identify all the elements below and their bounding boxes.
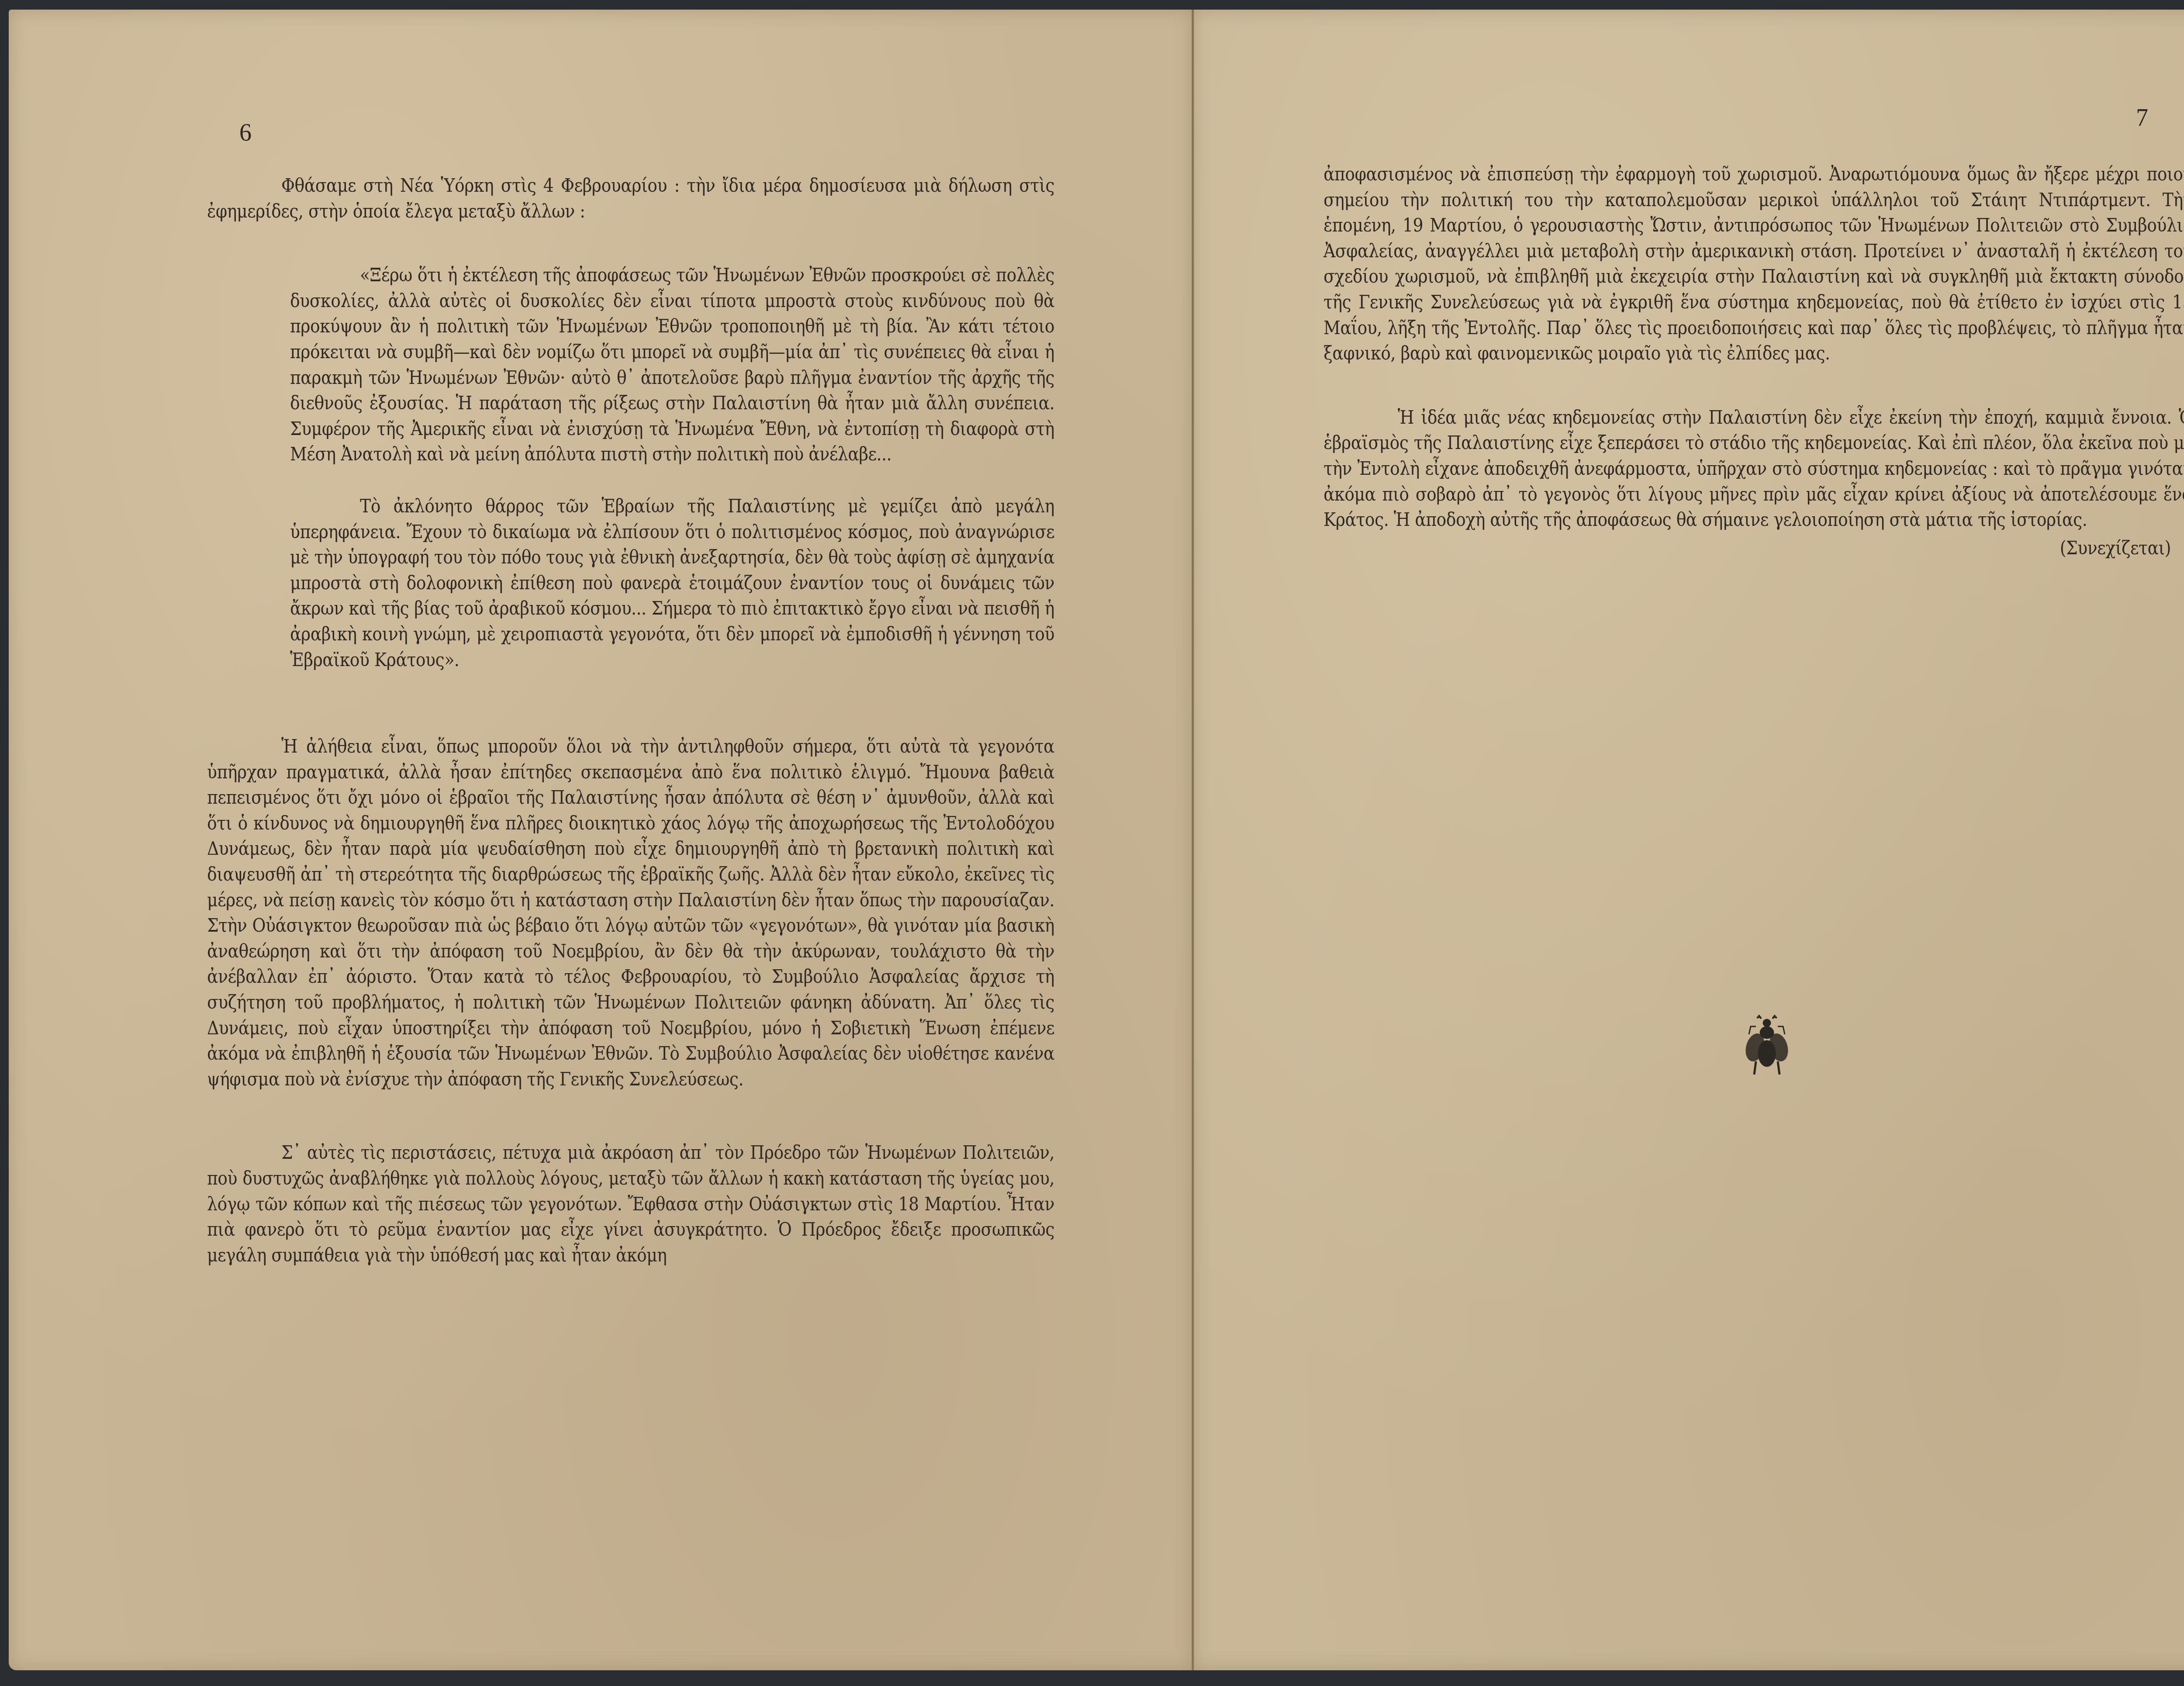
right-text-column: ἀποφασισμένος νὰ ἐπισπεύσῃ τὴν ἐφαρμογὴ … <box>1324 162 2184 561</box>
page-number-left: 6 <box>239 119 252 147</box>
paragraph-continuation: ἀποφασισμένος νὰ ἐπισπεύσῃ τὴν ἐφαρμογὴ … <box>1324 162 2184 366</box>
paragraph-trusteeship: Ἡ ἰδέα μιᾶς νέας κηδεμονείας στὴν Παλαισ… <box>1324 405 2184 533</box>
quote-statement-2: Τὸ ἀκλόνητο θάρρος τῶν Ἑβραίων τῆς Παλαι… <box>290 494 1054 673</box>
quote-statement-1: «Ξέρω ὅτι ἡ ἐκτέλεση τῆς ἀποφάσεως τῶν Ἡ… <box>290 263 1054 467</box>
left-text-column: Φθάσαμε στὴ Νέα Ὑόρκη στὶς 4 Φεβρουαρίου… <box>207 173 1054 1268</box>
paragraph-arrival: Φθάσαμε στὴ Νέα Ὑόρκη στὶς 4 Φεβρουαρίου… <box>207 173 1054 224</box>
paragraph-truth: Ἡ ἀλήθεια εἶναι, ὅπως μποροῦν ὅλοι νὰ τὴ… <box>207 734 1054 1092</box>
book-spine <box>1192 10 1194 1670</box>
paragraph-president: Σ᾽ αὐτὲς τὶς περιστάσεις, πέτυχα μιὰ ἀκρ… <box>207 1140 1054 1268</box>
page-number-right: 7 <box>2136 104 2148 132</box>
continued-note: (Συνεχίζεται) <box>1324 536 2171 561</box>
bee-icon <box>1743 1013 1791 1079</box>
